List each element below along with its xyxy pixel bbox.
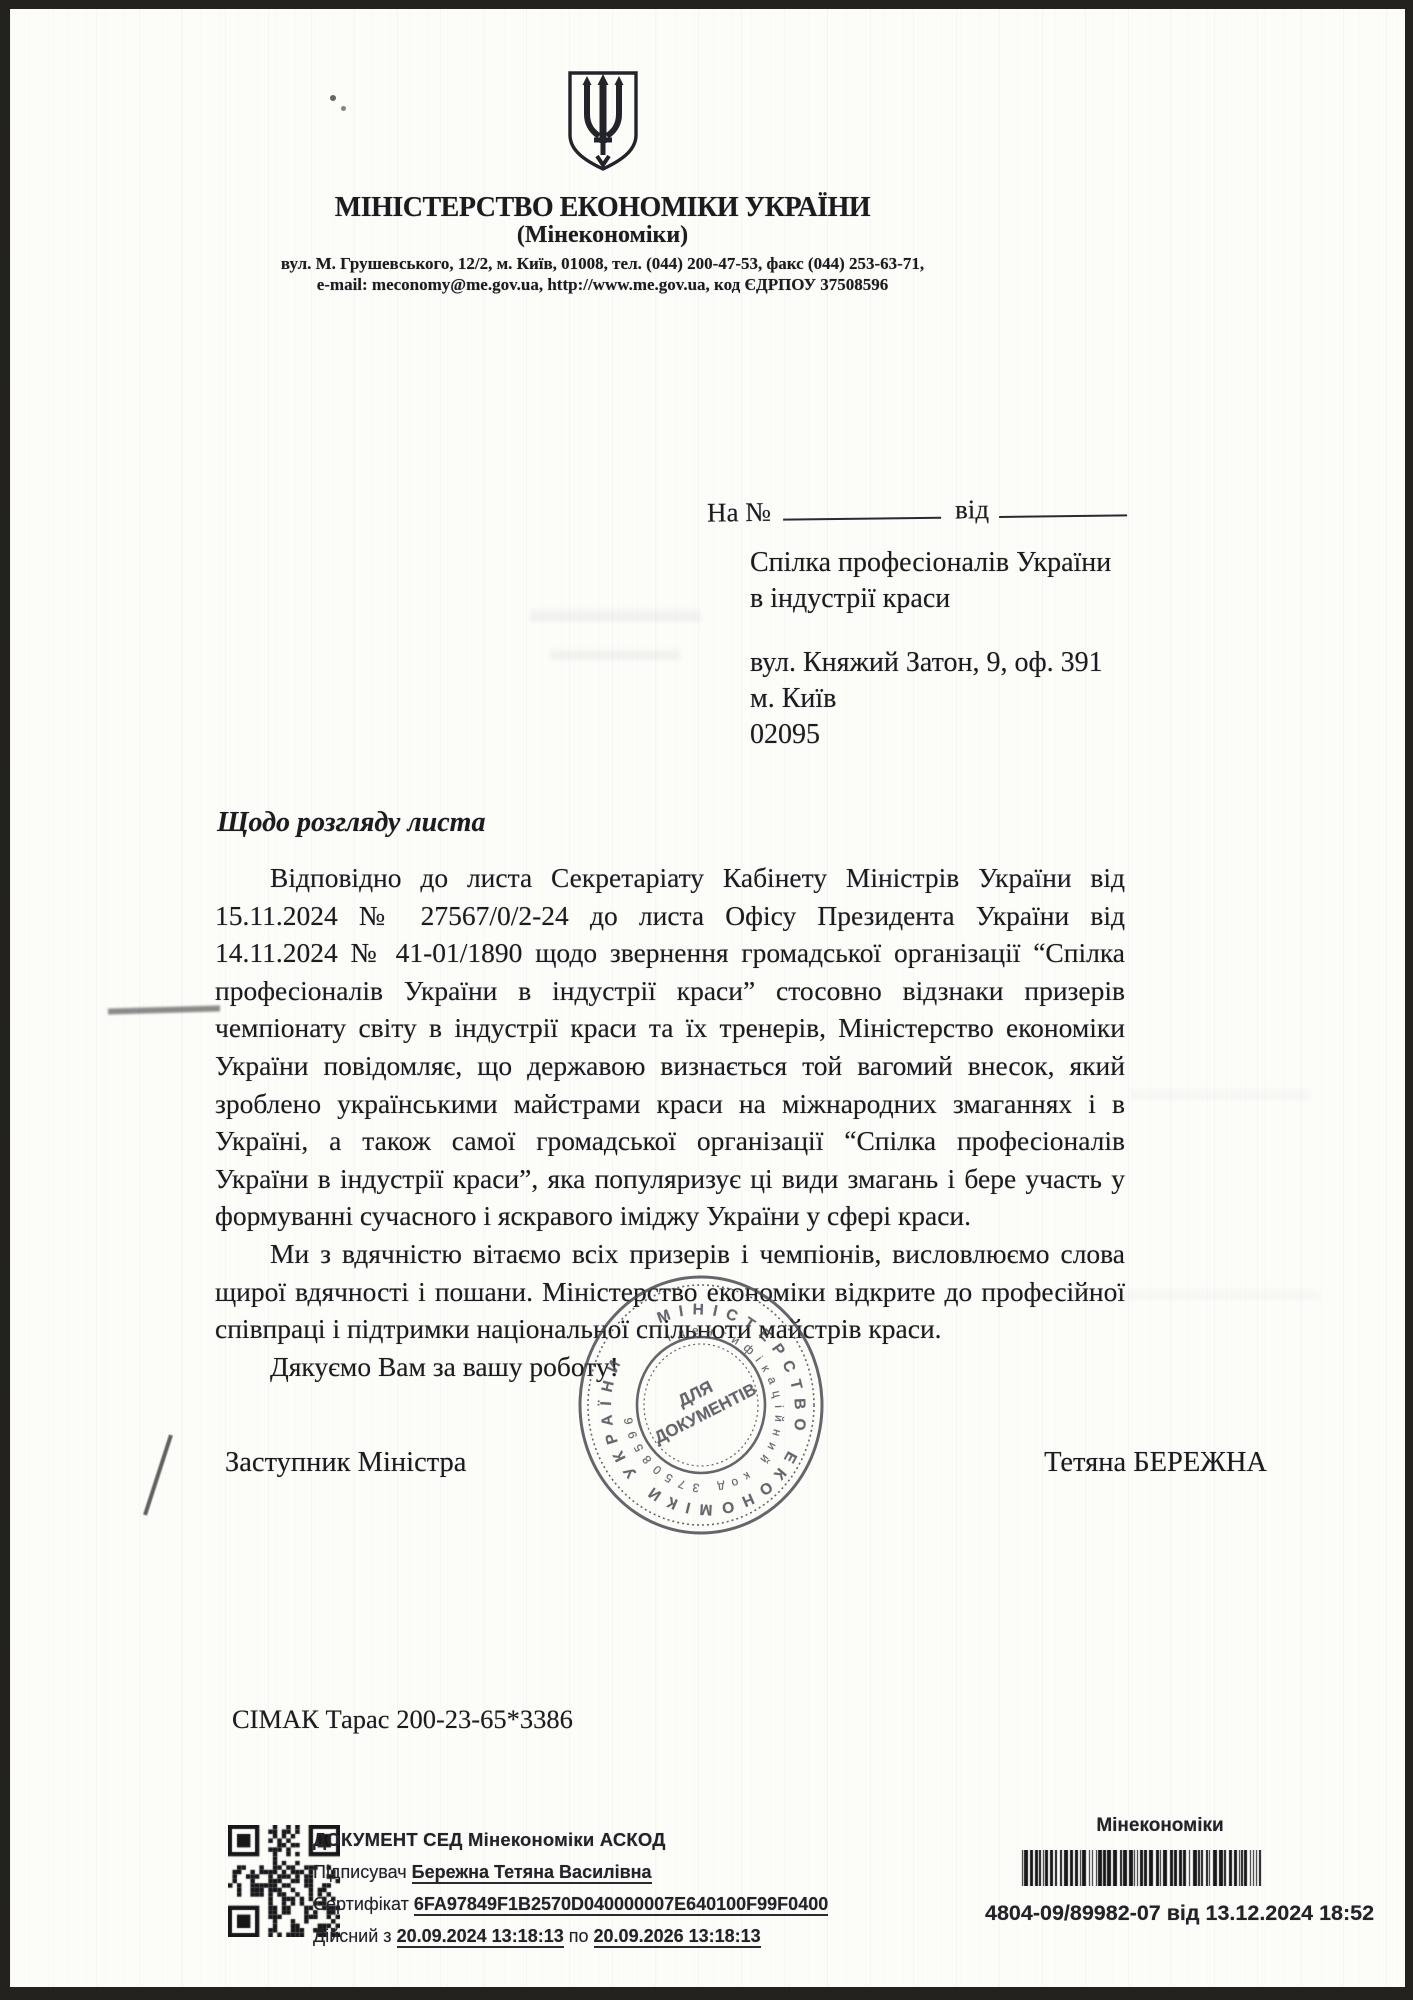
body-paragraph-1: Відповідно до листа Секретаріату Кабінет…	[215, 859, 1125, 1235]
recipient-postal-code: 02095	[750, 717, 1111, 753]
signer-name: Тетяна БЕРЕЖНА	[1044, 1447, 1267, 1479]
reference-date-blank	[999, 490, 1127, 518]
letterhead: МІНІСТЕРСТВО ЕКОНОМІКИ УКРАЇНИ (Мінеконо…	[10, 69, 1195, 295]
executor-line: СІМАК Тарас 200-23-65*3386	[232, 1704, 573, 1735]
sed-system-line: ДОКУМЕНТ СЕД Мінекономіки АСКОД	[313, 1829, 828, 1851]
ministry-short-name: (Мінекономіки)	[10, 222, 1195, 249]
bleedthrough-smudge	[1130, 1089, 1310, 1099]
registration-org-label: Мінекономіки	[1020, 1815, 1300, 1837]
scan-artifact-dot	[341, 106, 346, 111]
letter-page: МІНІСТЕРСТВО ЕКОНОМІКИ УКРАЇНИ (Мінеконо…	[10, 9, 1405, 1987]
bleedthrough-smudge	[550, 649, 680, 659]
certificate-number: 6FA97849F1B2570D040000007E640100F99F0400	[414, 1894, 828, 1916]
bleedthrough-smudge	[530, 609, 700, 621]
registration-block: Мінекономіки 4804-09/89982-07 від 13.12.…	[985, 1815, 1325, 1926]
reference-date-label: від	[955, 494, 989, 524]
recipient-name-line2: в індустрії краси	[750, 581, 1111, 617]
ministry-address-line: вул. М. Грушевського, 12/2, м. Київ, 010…	[10, 253, 1195, 274]
signer-position: Заступник Міністра	[225, 1447, 466, 1479]
reference-number-label: На №	[707, 497, 771, 528]
recipient-street: вул. Княжий Затон, 9, оф. 391	[750, 645, 1111, 681]
validity-prefix: Дійсний з	[313, 1926, 392, 1946]
reference-number-blank	[783, 493, 941, 521]
scan-artifact-dot	[330, 95, 336, 101]
validity-middle: по	[569, 1926, 589, 1946]
registration-number: 4804-09/89982-07 від 13.12.2024 18:52	[985, 1901, 1325, 1926]
valid-to-date: 20.09.2026 13:18:13	[594, 1926, 761, 1948]
scan-artifact-slash	[143, 1434, 173, 1515]
signer-full-name: Бережна Тетяна Василівна	[412, 1862, 652, 1884]
bleedthrough-smudge	[1120, 1289, 1320, 1299]
e-signature-block: ДОКУМЕНТ СЕД Мінекономіки АСКОД Підписув…	[313, 1829, 828, 1947]
ministry-contact-line: e-mail: meconomy@me.gov.ua, http://www.m…	[10, 274, 1195, 295]
recipient-gap	[750, 617, 1111, 645]
signer-label: Підписувач	[313, 1862, 407, 1882]
barcode	[1020, 1850, 1265, 1886]
recipient-city: м. Київ	[750, 681, 1111, 717]
recipient-block: Спілка професіоналів України в індустрії…	[750, 545, 1111, 753]
valid-from-date: 20.09.2024 13:18:13	[397, 1926, 564, 1948]
reference-line: На №від	[707, 490, 1127, 528]
round-stamp: МІНІСТЕРСТВО ЕКОНОМІКИ УКРАЇНИ Ідентифік…	[570, 1267, 832, 1543]
recipient-name-line1: Спілка професіоналів України	[750, 545, 1111, 581]
scan-artifact-dash	[108, 1005, 220, 1014]
certificate-label: Сертифікат	[313, 1894, 409, 1914]
ministry-name: МІНІСТЕРСТВО ЕКОНОМІКИ УКРАЇНИ	[10, 192, 1195, 224]
scanned-letter: МІНІСТЕРСТВО ЕКОНОМІКИ УКРАЇНИ (Мінеконо…	[0, 0, 1413, 2000]
ukraine-trident-emblem-icon	[565, 69, 641, 173]
subject-line: Щодо розгляду листа	[217, 807, 485, 839]
